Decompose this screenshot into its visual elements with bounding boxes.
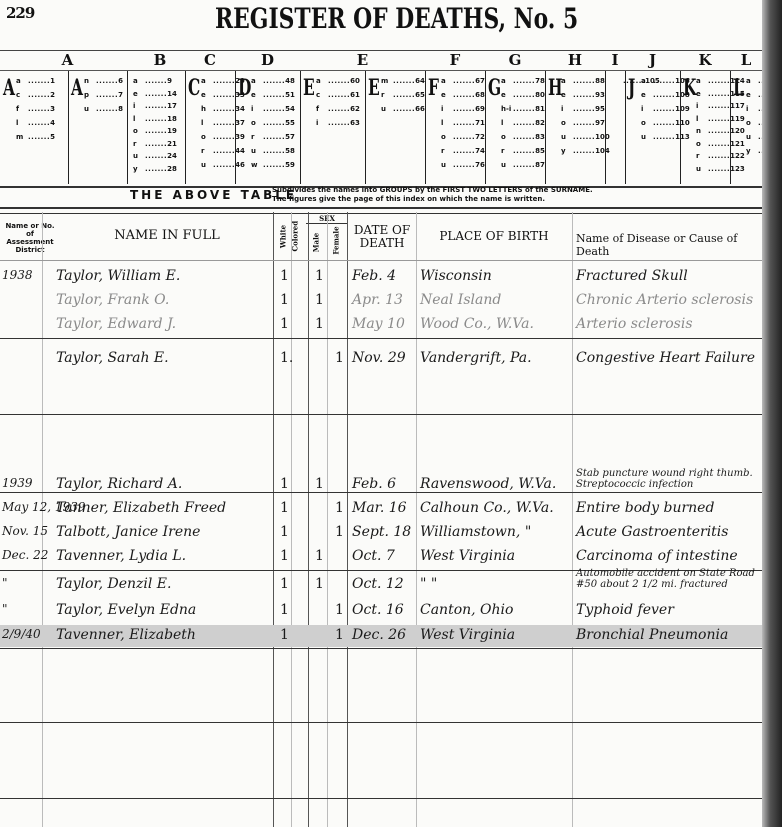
record-row[interactable]: "Taylor, Evelyn EdnaOct. 16Canton, OhioT… bbox=[0, 600, 770, 622]
index-group-letter: C bbox=[188, 75, 200, 101]
record-white-mark: 1 bbox=[280, 268, 289, 284]
index-entry: w.......59 bbox=[251, 161, 295, 169]
record-row[interactable]: Nov. 15Talbott, Janice IreneSept. 18Will… bbox=[0, 522, 770, 544]
index-entry: a.......60 bbox=[316, 77, 360, 85]
index-entry: a.......88 bbox=[561, 77, 605, 85]
index-entry: u.......87 bbox=[501, 161, 545, 169]
page-title: REGISTER OF DEATHS, No. 5 bbox=[215, 2, 578, 35]
record-date: Dec. 26 bbox=[352, 627, 406, 643]
index-entry: r.......122 bbox=[696, 152, 745, 160]
record-cause: Typhoid fever bbox=[576, 602, 766, 618]
record-row[interactable]: 1938Taylor, William E.Feb. 4WisconsinFra… bbox=[0, 266, 770, 288]
row-rule bbox=[0, 338, 770, 339]
column-header-male: Male bbox=[312, 230, 321, 256]
row-rule bbox=[0, 798, 770, 799]
index-entry: o.......121 bbox=[696, 140, 745, 148]
index-entry: r.......65 bbox=[381, 91, 425, 99]
index-entry: i.......69 bbox=[441, 105, 485, 113]
column-header-district: Name or No. of Assessment District bbox=[4, 222, 56, 254]
record-row[interactable]: Dec. 22Tavenner, Lydia L.Oct. 7West Virg… bbox=[0, 546, 770, 568]
index-header-j: J bbox=[625, 51, 680, 69]
index-group-letter: A bbox=[3, 75, 15, 101]
record-cause: Fractured Skull bbox=[576, 268, 766, 284]
index-header-g: G bbox=[485, 51, 545, 69]
index-entry: l.......71 bbox=[441, 119, 485, 127]
record-name: Taylor, Denzil E. bbox=[56, 576, 171, 592]
index-header-b: B bbox=[135, 51, 185, 69]
index-entry: p.......7 bbox=[84, 91, 123, 99]
index-group-letter: F bbox=[428, 75, 439, 101]
record-female-mark: 1 bbox=[335, 500, 344, 516]
index-entry: o.......39 bbox=[201, 133, 245, 141]
record-male-mark: 1 bbox=[315, 292, 324, 308]
index-entry: c.......2 bbox=[16, 91, 55, 99]
index-column-rule bbox=[68, 71, 69, 184]
index-entry: r.......74 bbox=[441, 147, 485, 155]
column-header-female: Female bbox=[332, 226, 341, 256]
record-date: Oct. 16 bbox=[352, 602, 404, 618]
index-entry: o.......19 bbox=[133, 127, 177, 135]
index-entry: l.......4 bbox=[16, 119, 55, 127]
record-male-mark: 1 bbox=[315, 548, 324, 564]
record-white-mark: 1. bbox=[280, 350, 293, 366]
record-district: Dec. 22 bbox=[2, 548, 48, 562]
record-white-mark: 1 bbox=[280, 576, 289, 592]
surname-index-table: ABCDEFGHIJKLAa.......1c.......2f.......3… bbox=[0, 50, 762, 188]
header-divider bbox=[0, 207, 762, 214]
index-entry: i.......117 bbox=[696, 102, 745, 110]
index-group-letter: E bbox=[303, 75, 315, 101]
record-row[interactable]: 2/9/40Tavenner, ElizabethDec. 26West Vir… bbox=[0, 625, 770, 647]
record-name: Taylor, Sarah E. bbox=[56, 350, 169, 366]
index-entry: l.......82 bbox=[501, 119, 545, 127]
index-header-c: C bbox=[185, 51, 235, 69]
index-entry: u.......113 bbox=[641, 133, 690, 141]
index-entry: e.......93 bbox=[561, 91, 605, 99]
record-male-mark: 1 bbox=[315, 476, 324, 492]
index-entry: n.......120 bbox=[696, 127, 745, 135]
record-district: 1938 bbox=[2, 268, 33, 282]
column-header-date: DATE OF DEATH bbox=[348, 224, 416, 250]
record-row[interactable]: Taylor, Frank O.Apr. 13Neal IslandChroni… bbox=[0, 290, 770, 312]
row-rule bbox=[0, 722, 770, 723]
index-entry: r.......44 bbox=[201, 147, 245, 155]
record-name: Taylor, Frank O. bbox=[56, 292, 169, 308]
index-column-rule bbox=[127, 71, 128, 184]
index-entry: i.......109 bbox=[641, 105, 690, 113]
record-row[interactable]: Taylor, Edward J.May 10Wood Co., W.Va.Ar… bbox=[0, 314, 770, 336]
index-entry: n.......6 bbox=[84, 77, 123, 85]
record-date: Feb. 6 bbox=[352, 476, 396, 492]
record-cause: Acute Gastroenteritis bbox=[576, 524, 766, 540]
record-white-mark: 1 bbox=[280, 316, 289, 332]
index-group-letter: G bbox=[488, 75, 501, 101]
row-rule bbox=[0, 648, 770, 649]
record-cause: Automobile accident on State Road #50 ab… bbox=[576, 568, 766, 590]
record-male-mark: 1 bbox=[315, 268, 324, 284]
record-date: Nov. 29 bbox=[352, 350, 406, 366]
index-entry: o.......83 bbox=[501, 133, 545, 141]
index-header-k: K bbox=[680, 51, 730, 69]
index-column-rule bbox=[680, 71, 681, 184]
index-entry: f.......62 bbox=[316, 105, 360, 113]
record-cause: Congestive Heart Failure bbox=[576, 350, 766, 366]
index-note-line-1: Subdivides the names into GROUPS by the … bbox=[272, 186, 593, 195]
record-birthplace: Neal Island bbox=[420, 292, 501, 308]
record-district: " bbox=[2, 602, 8, 616]
record-birthplace: Canton, Ohio bbox=[420, 602, 513, 618]
index-entry: e.......80 bbox=[501, 91, 545, 99]
index-column-rule bbox=[365, 71, 366, 184]
row-rule bbox=[0, 414, 770, 415]
record-birthplace: West Virginia bbox=[420, 627, 515, 643]
index-column-rule bbox=[185, 71, 186, 184]
page-number: 229 bbox=[6, 4, 34, 22]
index-entry: r.......21 bbox=[133, 140, 177, 148]
index-entry: o.......110 bbox=[641, 119, 690, 127]
record-birthplace: West Virginia bbox=[420, 548, 515, 564]
index-column-rule bbox=[425, 71, 426, 184]
index-entry: o.......72 bbox=[441, 133, 485, 141]
record-name: Taylor, Richard A. bbox=[56, 476, 182, 492]
record-row[interactable]: Taylor, Sarah E.Nov. 29Vandergrift, Pa.C… bbox=[0, 348, 770, 370]
column-header-cause: Name of Disease or Cause of Death bbox=[576, 232, 766, 258]
index-column-rule bbox=[485, 71, 486, 184]
index-header-e: E bbox=[300, 51, 425, 69]
index-group-letter: E bbox=[368, 75, 380, 101]
record-birthplace: Vandergrift, Pa. bbox=[420, 350, 532, 366]
index-group-letter: J bbox=[628, 75, 635, 101]
record-birthplace: Wisconsin bbox=[420, 268, 492, 284]
index-group-letter: K bbox=[683, 75, 696, 101]
index-column-rule bbox=[605, 71, 606, 184]
index-header-d: D bbox=[235, 51, 300, 69]
index-entry: u.......24 bbox=[133, 152, 177, 160]
record-female-mark: 1 bbox=[335, 350, 344, 366]
record-white-mark: 1 bbox=[280, 476, 289, 492]
index-entry: u.......46 bbox=[201, 161, 245, 169]
index-entry: r.......57 bbox=[251, 133, 295, 141]
record-birthplace: Ravenswood, W.Va. bbox=[420, 476, 556, 492]
record-name: Taylor, Edward J. bbox=[56, 316, 176, 332]
record-male-mark: 1 bbox=[315, 316, 324, 332]
book-binding-edge bbox=[762, 0, 782, 827]
index-entry: r.......85 bbox=[501, 147, 545, 155]
record-cause: Carcinoma of intestine bbox=[576, 548, 766, 564]
record-row[interactable]: "Taylor, Denzil E.Oct. 12" "Automobile a… bbox=[0, 574, 770, 596]
register-page: 229 REGISTER OF DEATHS, No. 5 ABCDEFGHIJ… bbox=[0, 0, 782, 827]
record-name: Tavenner, Lydia L. bbox=[56, 548, 186, 564]
record-name: Tanner, Elizabeth Freed bbox=[56, 500, 226, 516]
index-note: Subdivides the names into GROUPS by the … bbox=[272, 186, 593, 204]
index-entry: y.......104 bbox=[561, 147, 610, 155]
column-header-birthplace: PLACE OF BIRTH bbox=[416, 229, 572, 243]
record-district: 2/9/40 bbox=[2, 627, 41, 641]
index-entry: h.......34 bbox=[201, 105, 245, 113]
record-name: Tavenner, Elizabeth bbox=[56, 627, 196, 643]
index-entry: l.......119 bbox=[696, 115, 745, 123]
index-entry: u.......58 bbox=[251, 147, 295, 155]
index-entry: a.......48 bbox=[251, 77, 295, 85]
record-cause: Bronchial Pneumonia bbox=[576, 627, 766, 643]
index-header-a: A bbox=[0, 51, 135, 69]
record-name: Taylor, William E. bbox=[56, 268, 180, 284]
index-entry: l.......18 bbox=[133, 115, 177, 123]
index-entry: u.......76 bbox=[441, 161, 485, 169]
index-entry: l.......37 bbox=[201, 119, 245, 127]
index-entry: u.......66 bbox=[381, 105, 425, 113]
index-entry: i.......54 bbox=[251, 105, 295, 113]
record-district: 1939 bbox=[2, 476, 33, 490]
record-date: Oct. 7 bbox=[352, 548, 395, 564]
index-entry: m.......5 bbox=[16, 133, 55, 141]
record-birthplace: " " bbox=[420, 576, 437, 592]
index-header-h: H bbox=[545, 51, 605, 69]
record-row[interactable]: May 12, 1939Tanner, Elizabeth FreedMar. … bbox=[0, 498, 770, 520]
record-white-mark: 1 bbox=[280, 524, 289, 540]
record-date: Feb. 4 bbox=[352, 268, 396, 284]
index-group-letter: D bbox=[238, 75, 251, 101]
record-female-mark: 1 bbox=[335, 627, 344, 643]
column-header-white: White bbox=[279, 222, 288, 252]
index-entry: y.......28 bbox=[133, 165, 177, 173]
record-date: Sept. 18 bbox=[352, 524, 411, 540]
record-date: Apr. 13 bbox=[352, 292, 403, 308]
record-district: " bbox=[2, 576, 8, 590]
index-header-f: F bbox=[425, 51, 485, 69]
index-entry: f.......3 bbox=[16, 105, 55, 113]
index-entry: a.......9 bbox=[133, 77, 172, 85]
record-name: Taylor, Evelyn Edna bbox=[56, 602, 196, 618]
record-row[interactable]: 1939Taylor, Richard A.Feb. 6Ravenswood, … bbox=[0, 474, 770, 496]
index-entry: u.......100 bbox=[561, 133, 610, 141]
record-birthplace: Calhoun Co., W.Va. bbox=[420, 500, 554, 516]
index-header-rule bbox=[0, 70, 762, 71]
record-white-mark: 1 bbox=[280, 602, 289, 618]
record-cause: Chronic Arterio sclerosis bbox=[576, 292, 766, 308]
index-entry: o.......55 bbox=[251, 119, 295, 127]
index-entry: i.......17 bbox=[133, 102, 177, 110]
index-group-letter: A bbox=[71, 75, 83, 101]
record-female-mark: 1 bbox=[335, 602, 344, 618]
index-entry: a.......78 bbox=[501, 77, 545, 85]
index-group-letter: L bbox=[733, 75, 744, 101]
record-cause: Entire body burned bbox=[576, 500, 766, 516]
record-date: May 10 bbox=[352, 316, 405, 332]
index-entry: o.......97 bbox=[561, 119, 605, 127]
record-white-mark: 1 bbox=[280, 548, 289, 564]
index-entry: m.......64 bbox=[381, 77, 425, 85]
index-note-line-2: The figures give the page of this index … bbox=[272, 195, 593, 204]
index-entry: e.......68 bbox=[441, 91, 485, 99]
record-district: Nov. 15 bbox=[2, 524, 48, 538]
index-column-rule bbox=[300, 71, 301, 184]
index-entry: a.......67 bbox=[441, 77, 485, 85]
record-birthplace: Williamstown, " bbox=[420, 524, 531, 540]
index-column-rule bbox=[730, 71, 731, 184]
index-entry: u.......123 bbox=[696, 165, 745, 173]
index-column-rule bbox=[235, 71, 236, 184]
record-cause: Arterio sclerosis bbox=[576, 316, 766, 332]
index-entry: i.......63 bbox=[316, 119, 360, 127]
record-male-mark: 1 bbox=[315, 576, 324, 592]
record-white-mark: 1 bbox=[280, 627, 289, 643]
index-entry: i.......95 bbox=[561, 105, 605, 113]
index-entry: c.......61 bbox=[316, 91, 360, 99]
record-white-mark: 1 bbox=[280, 500, 289, 516]
column-header-name: NAME IN FULL bbox=[62, 228, 272, 243]
index-entry: u.......8 bbox=[84, 105, 123, 113]
index-entry: h-i.......81 bbox=[501, 105, 545, 113]
index-header-l: L bbox=[730, 51, 762, 69]
record-date: Oct. 12 bbox=[352, 576, 404, 592]
index-column-rule bbox=[625, 71, 626, 184]
record-birthplace: Wood Co., W.Va. bbox=[420, 316, 534, 332]
record-name: Talbott, Janice Irene bbox=[56, 524, 200, 540]
index-entry: a.......1 bbox=[16, 77, 55, 85]
index-column-rule bbox=[545, 71, 546, 184]
index-entry: e.......51 bbox=[251, 91, 295, 99]
record-female-mark: 1 bbox=[335, 524, 344, 540]
record-white-mark: 1 bbox=[280, 292, 289, 308]
record-date: Mar. 16 bbox=[352, 500, 407, 516]
index-entry: e.......14 bbox=[133, 90, 177, 98]
record-cause: Stab puncture wound right thumb. Strepto… bbox=[576, 468, 766, 490]
index-header-i: I bbox=[605, 51, 625, 69]
row-rule bbox=[0, 260, 770, 261]
